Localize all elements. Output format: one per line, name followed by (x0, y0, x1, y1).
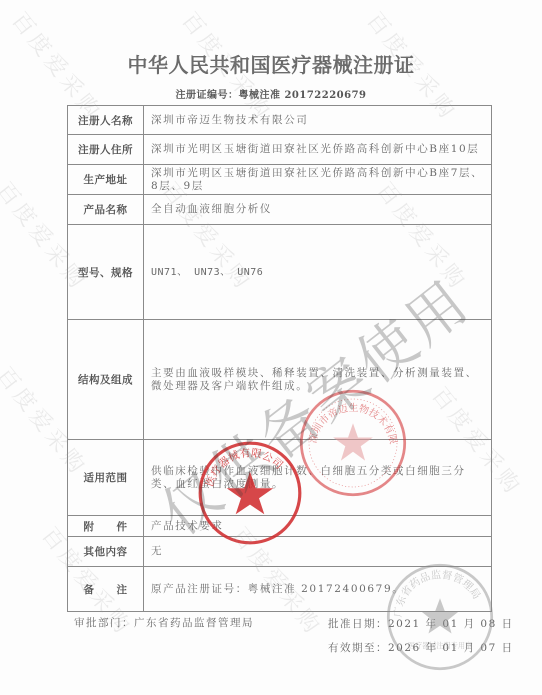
row-value-product-name: 全自动血液细胞分析仪 (144, 195, 492, 225)
table-row: 生产地址 深圳市光明区玉塘街道田寮社区光侨路高科创新中心B座7层、8层、9层 (68, 165, 492, 195)
approval-department-value: 广东省药品监督管理局 (134, 617, 254, 629)
table-row: 结构及组成 主要由血液吸样模块、稀释装置、清洗装置、分析测量装置、微处理器及客户… (68, 320, 492, 440)
row-value-production-address: 深圳市光明区玉塘街道田寮社区光侨路高科创新中心B座7层、8层、9层 (144, 165, 492, 195)
approval-department-label: 审批部门： (74, 617, 134, 629)
certificate-page: 中华人民共和国医疗器械注册证 注册证编号：粤械注准 20172220679 注册… (0, 0, 542, 695)
row-label-registrant-address: 注册人住所 (68, 135, 144, 165)
row-label-registrant-name: 注册人名称 (68, 106, 144, 135)
row-label-other: 其他内容 (68, 537, 144, 567)
row-value-structure: 主要由血液吸样模块、稀释装置、清洗装置、分析测量装置、微处理器及客户端软件组成。 (144, 320, 492, 440)
table-row: 附 件 产品技术要求 (68, 516, 492, 537)
approval-date-value: 2021 年 01 月 08 日 (388, 618, 514, 630)
table-row: 产品名称 全自动血液细胞分析仪 (68, 195, 492, 225)
table-row: 注册人住所 深圳市光明区玉塘街道田寮社区光侨路高科创新中心B座10层 (68, 135, 492, 165)
row-value-attachment: 产品技术要求 (144, 516, 492, 537)
row-value-model-spec: UN71、 UN73、 UN76 (144, 225, 492, 320)
approval-date: 批准日期：2021 年 01 月 08 日 (328, 616, 514, 631)
row-value-registrant-name: 深圳市帝迈生物技术有限公司 (144, 106, 492, 135)
valid-until-label: 有效期至： (328, 642, 388, 654)
row-label-model-spec: 型号、规格 (68, 225, 144, 320)
row-value-other: 无 (144, 537, 492, 567)
table-row: 其他内容 无 (68, 537, 492, 567)
valid-until-value: 2026 年 01 月 07 日 (388, 642, 514, 654)
row-label-production-address: 生产地址 (68, 165, 144, 195)
table-row: 型号、规格 UN71、 UN73、 UN76 (68, 225, 492, 320)
row-label-scope: 适用范围 (68, 440, 144, 516)
row-value-remarks: 原产品注册证号：粤械注准 20172400679。 (144, 567, 492, 612)
certificate-number-value: 粤械注准 20172220679 (238, 90, 366, 101)
certificate-number: 注册证编号：粤械注准 20172220679 (0, 86, 542, 101)
row-value-scope: 供临床检验中作血液细胞计数、白细胞五分类或白细胞三分类、血红蛋白浓度测量。 (144, 440, 492, 516)
row-label-product-name: 产品名称 (68, 195, 144, 225)
approval-date-label: 批准日期： (328, 618, 388, 630)
table-row: 适用范围 供临床检验中作血液细胞计数、白细胞五分类或白细胞三分类、血红蛋白浓度测… (68, 440, 492, 516)
row-label-structure: 结构及组成 (68, 320, 144, 440)
document-title: 中华人民共和国医疗器械注册证 (0, 49, 542, 78)
row-label-attachment: 附 件 (68, 516, 144, 537)
approval-department: 审批部门：广东省药品监督管理局 (74, 615, 254, 630)
certificate-number-label: 注册证编号： (175, 90, 238, 101)
registration-table: 注册人名称 深圳市帝迈生物技术有限公司 注册人住所 深圳市光明区玉塘街道田寮社区… (67, 105, 492, 612)
table-row: 注册人名称 深圳市帝迈生物技术有限公司 (68, 106, 492, 135)
row-value-registrant-address: 深圳市光明区玉塘街道田寮社区光侨路高科创新中心B座10层 (144, 135, 492, 165)
row-label-remarks: 备 注 (68, 567, 144, 612)
valid-until: 有效期至：2026 年 01 月 07 日 (328, 640, 514, 655)
table-row: 备 注 原产品注册证号：粤械注准 20172400679。 (68, 567, 492, 612)
